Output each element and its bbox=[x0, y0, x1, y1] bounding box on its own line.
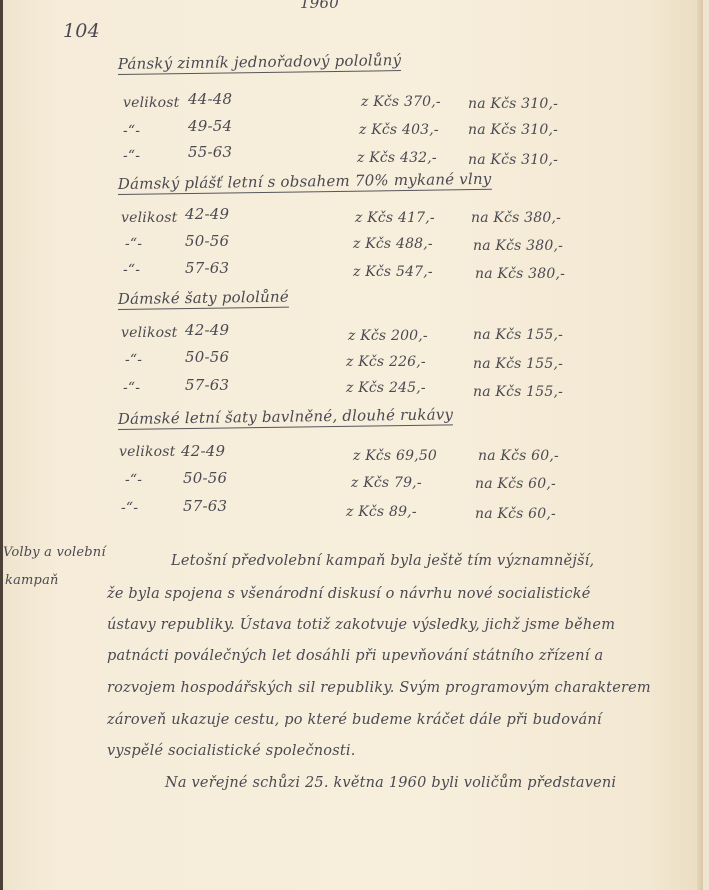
row-sizes: 42-49 bbox=[185, 321, 229, 339]
row-new-price: na Kčs 310,- bbox=[468, 152, 558, 168]
row-old-price: z Kčs 200,- bbox=[348, 328, 428, 344]
row-old-price: z Kčs 226,- bbox=[346, 354, 426, 370]
row-label: -“- bbox=[121, 500, 138, 516]
row-old-price: z Kčs 547,- bbox=[353, 264, 433, 280]
row-old-price: z Kčs 370,- bbox=[361, 94, 441, 110]
section-heading-womens-dress: Dámské šaty pololůné bbox=[118, 288, 289, 310]
page-right-edge bbox=[697, 0, 703, 890]
row-sizes: 55-63 bbox=[188, 143, 232, 161]
section-heading-womens-cotton-dress: Dámské letní šaty bavlněné, dlouhé rukáv… bbox=[118, 405, 454, 430]
row-sizes: 42-49 bbox=[181, 442, 225, 460]
paragraph-line: Letošní předvolební kampaň byla ještě tí… bbox=[171, 553, 594, 569]
row-sizes: 57-63 bbox=[185, 259, 229, 277]
row-sizes: 44-48 bbox=[188, 90, 232, 108]
row-sizes: 50-56 bbox=[185, 348, 229, 366]
margin-note-line2: kampaň bbox=[5, 573, 59, 588]
section-heading-mens-winter-coat: Pánský zimník jednořadový pololůný bbox=[118, 51, 402, 75]
row-old-price: z Kčs 417,- bbox=[355, 210, 435, 226]
paragraph-line: rozvojem hospodářských sil republiky. Sv… bbox=[107, 680, 651, 696]
row-label: velikost bbox=[123, 95, 179, 111]
row-sizes: 57-63 bbox=[185, 376, 229, 394]
row-label: velikost bbox=[119, 444, 175, 460]
row-label: velikost bbox=[121, 210, 177, 226]
paragraph-line: ústavy republiky. Ústava totiž zakotvuje… bbox=[107, 617, 615, 633]
row-sizes: 50-56 bbox=[183, 469, 227, 487]
row-old-price: z Kčs 69,50 bbox=[353, 448, 437, 464]
year-header: 1960 bbox=[300, 0, 339, 12]
row-new-price: na Kčs 155,- bbox=[473, 327, 563, 343]
row-new-price: na Kčs 380,- bbox=[473, 238, 563, 254]
paragraph-line: že byla spojena s všenárodní diskusí o n… bbox=[107, 586, 591, 602]
row-new-price: na Kčs 380,- bbox=[475, 266, 565, 282]
row-label: -“- bbox=[125, 472, 142, 488]
row-label: -“- bbox=[123, 148, 140, 164]
row-new-price: na Kčs 155,- bbox=[473, 384, 563, 400]
row-new-price: na Kčs 60,- bbox=[475, 506, 556, 522]
row-new-price: na Kčs 60,- bbox=[478, 448, 559, 464]
row-old-price: z Kčs 79,- bbox=[351, 475, 422, 491]
row-sizes: 42-49 bbox=[185, 205, 229, 223]
page-number: 104 bbox=[63, 20, 100, 42]
row-label: -“- bbox=[123, 380, 140, 396]
margin-note-line1: Volby a volební bbox=[3, 545, 106, 560]
row-sizes: 50-56 bbox=[185, 232, 229, 250]
paragraph-line-last: Na veřejné schůzi 25. května 1960 byli v… bbox=[165, 775, 616, 791]
row-sizes: 57-63 bbox=[183, 497, 227, 515]
row-new-price: na Kčs 380,- bbox=[471, 210, 561, 226]
row-old-price: z Kčs 488,- bbox=[353, 236, 433, 252]
row-old-price: z Kčs 245,- bbox=[346, 380, 426, 396]
paragraph-line: vyspělé socialistické společnosti. bbox=[107, 743, 356, 759]
handwritten-chronicle-page: 1960 104 Pánský zimník jednořadový polol… bbox=[3, 0, 703, 890]
row-old-price: z Kčs 403,- bbox=[359, 122, 439, 138]
row-old-price: z Kčs 432,- bbox=[357, 150, 437, 166]
row-new-price: na Kčs 310,- bbox=[468, 122, 558, 138]
row-label: velikost bbox=[121, 325, 177, 341]
row-new-price: na Kčs 155,- bbox=[473, 356, 563, 372]
row-label: -“- bbox=[123, 123, 140, 139]
paragraph-line: patnácti poválečných let dosáhli při upe… bbox=[107, 648, 603, 664]
row-label: -“- bbox=[125, 352, 142, 368]
row-new-price: na Kčs 310,- bbox=[468, 96, 558, 112]
row-sizes: 49-54 bbox=[188, 117, 232, 135]
row-label: -“- bbox=[125, 236, 142, 252]
section-heading-womens-summer-coat: Dámský plášť letní s obsahem 70% mykané … bbox=[118, 170, 492, 195]
row-label: -“- bbox=[123, 262, 140, 278]
paragraph-line: zároveň ukazuje cestu, po které budeme k… bbox=[107, 712, 602, 728]
row-new-price: na Kčs 60,- bbox=[475, 476, 556, 492]
row-old-price: z Kčs 89,- bbox=[346, 504, 417, 520]
binding-edge bbox=[0, 0, 3, 890]
